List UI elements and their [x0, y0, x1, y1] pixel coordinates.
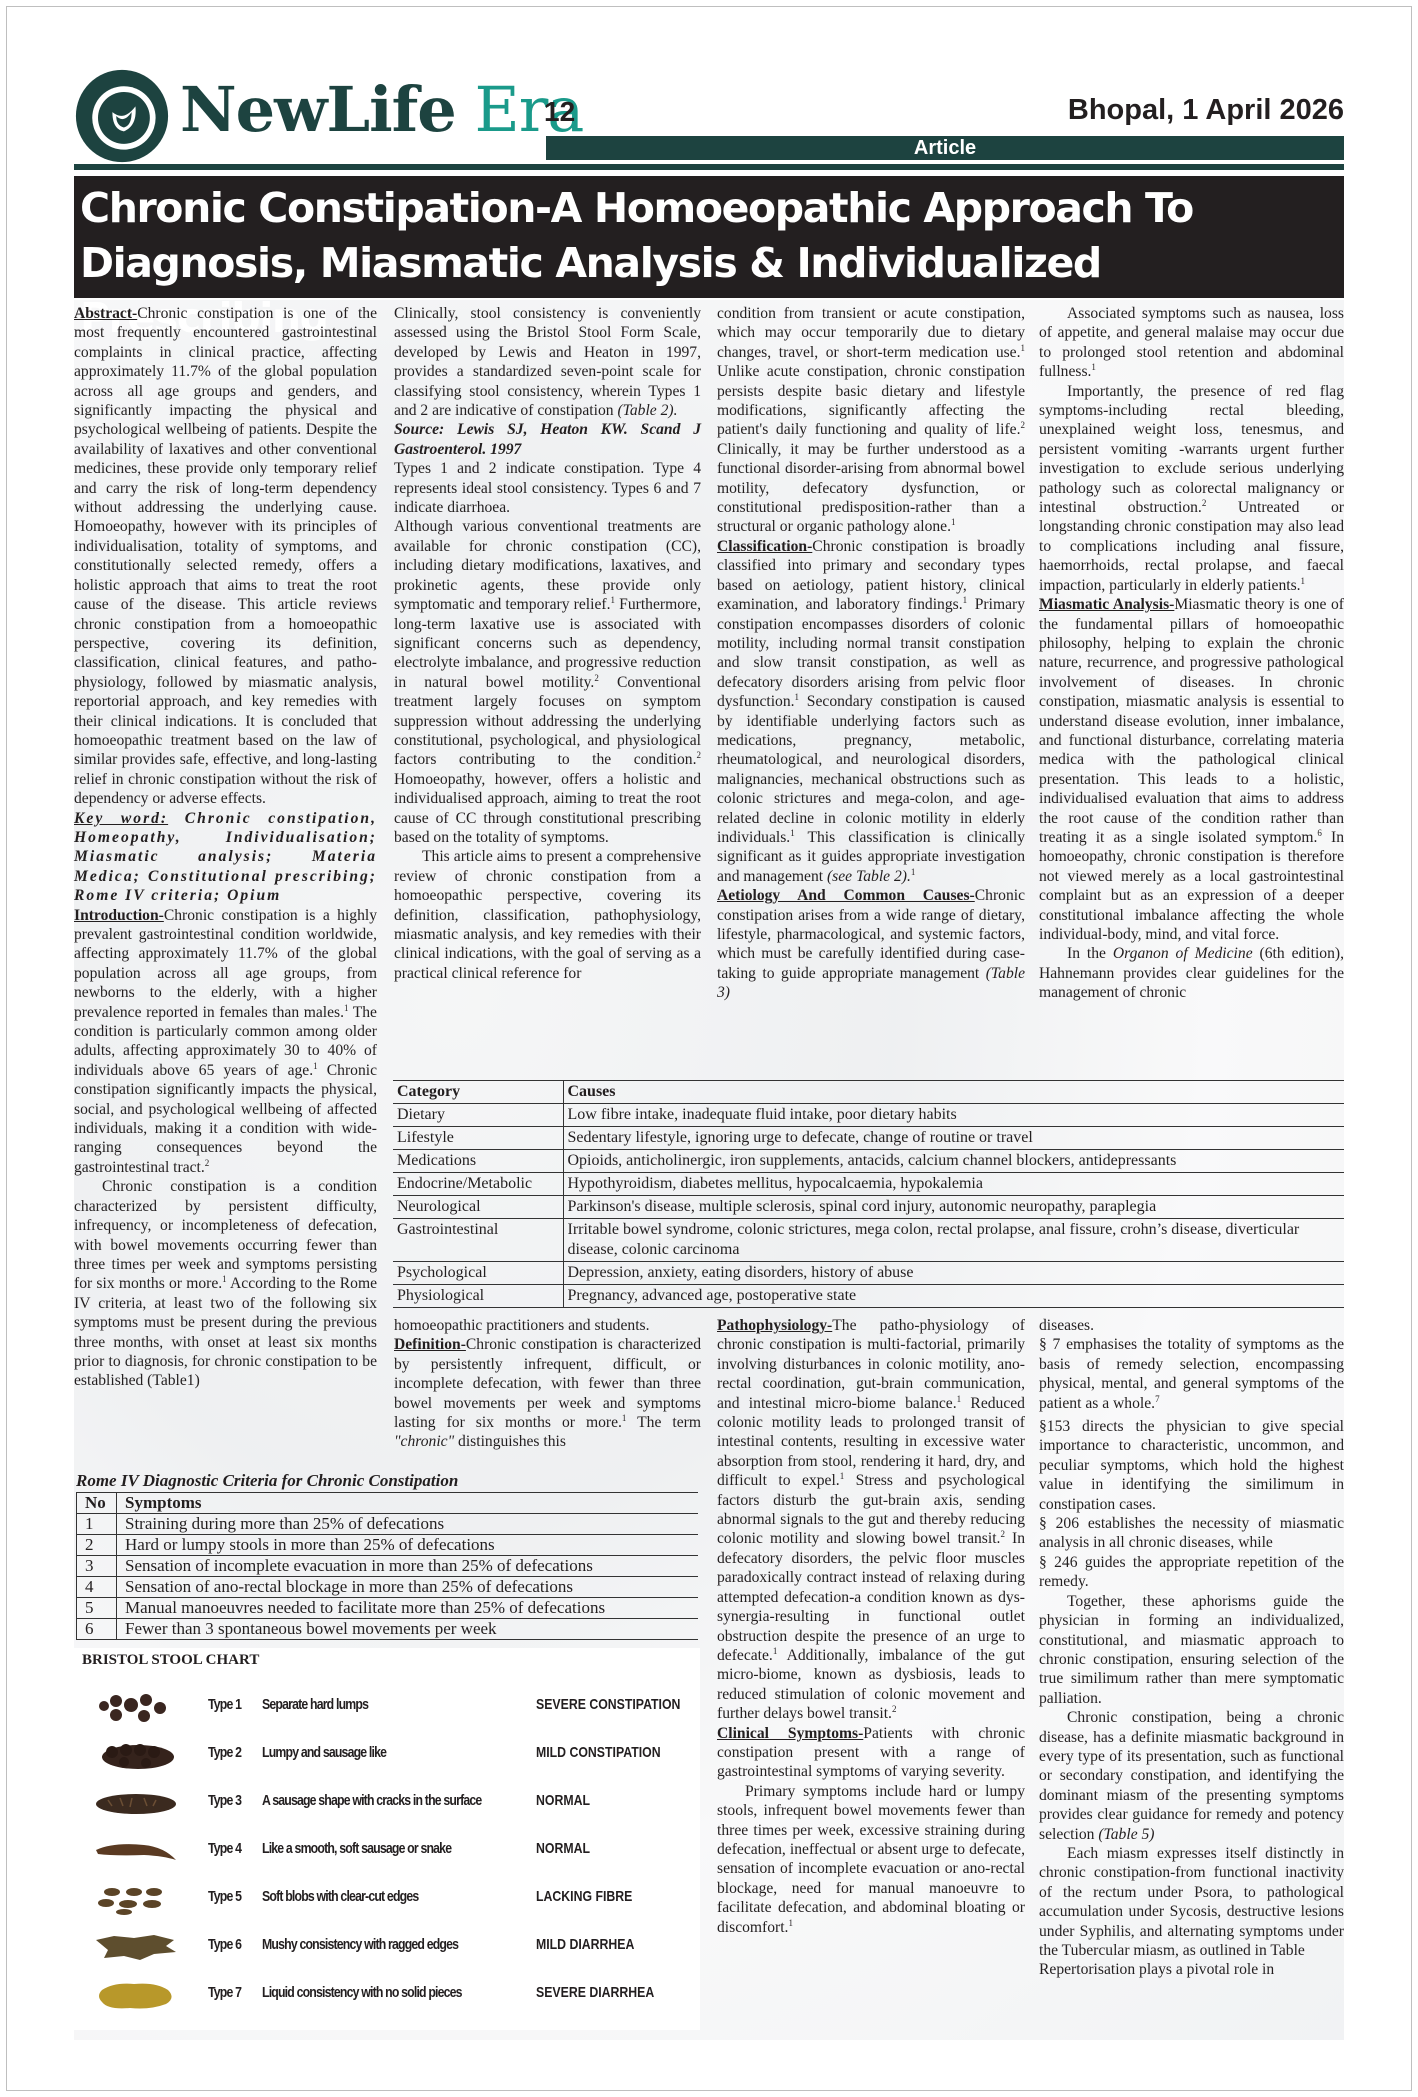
stool-classification: MILD CONSTIPATION: [536, 1744, 661, 1761]
cell-causes: Low fibre intake, inadequate fluid intak…: [563, 1104, 1344, 1127]
causes-table: Category Causes DietaryLow fibre intake,…: [393, 1080, 1344, 1308]
column-1: Abstract-Chronic constipation is one of …: [74, 304, 377, 1391]
pathophysiology: Pathophysiology-The patho-physiology of …: [717, 1316, 1025, 1724]
pathophysiology-heading: Pathophysiology-: [717, 1317, 832, 1334]
citation: 2: [1021, 420, 1026, 430]
bristol-paragraph: Clinically, stool consistency is conveni…: [394, 304, 701, 420]
definition-heading: Definition-: [394, 1336, 466, 1353]
table-row: 5Manual manoeuvres needed to facilitate …: [77, 1598, 699, 1619]
cell-category: Psychological: [393, 1262, 563, 1285]
text: In defecatory disorders, the pelvic floo…: [717, 1530, 1025, 1663]
column-3: condition from transient or acute consti…: [717, 304, 1025, 1003]
cell-symptom: Fewer than 3 spontaneous bowel movements…: [117, 1619, 699, 1640]
cell-no: 1: [77, 1514, 117, 1535]
cell-symptom: Sensation of incomplete evacuation in mo…: [117, 1556, 699, 1577]
keywords-label: Key word:: [74, 810, 168, 827]
page-number: 12: [544, 96, 575, 128]
stool-description: Soft blobs with clear-cut edges: [262, 1888, 418, 1905]
cell-symptom: Manual manoeuvres needed to facilitate m…: [117, 1598, 699, 1619]
table-row: 3Sensation of incomplete evacuation in m…: [77, 1556, 699, 1577]
text: The term: [626, 1414, 701, 1431]
masthead-brand: NewLife Era: [180, 70, 583, 150]
stool-classification: NORMAL: [536, 1840, 590, 1857]
text: Associated symptoms such as nausea, loss…: [1039, 305, 1344, 380]
emphasis-term: "chronic": [394, 1433, 454, 1450]
cell-category: Neurological: [393, 1196, 563, 1219]
cell-causes: Pregnancy, advanced age, postoperative s…: [563, 1285, 1344, 1308]
text: Clinically, it may be further understood…: [717, 441, 1025, 536]
source-citation: Source: Lewis SJ, Heaton KW. Scand J Gas…: [394, 420, 701, 459]
types-note: Types 1 and 2 indicate constipation. Typ…: [394, 459, 701, 517]
citation: 1: [1091, 362, 1096, 372]
cell-symptom: Straining during more than 25% of defeca…: [117, 1514, 699, 1535]
cell-category: Endocrine/Metabolic: [393, 1173, 563, 1196]
table-ref: (Table 5): [1098, 1826, 1154, 1843]
table-row: MedicationsOpioids, anticholinergic, iro…: [393, 1150, 1344, 1173]
aphorisms-summary: Together, these aphorisms guide the phys…: [1039, 1592, 1344, 1708]
introduction-p2: Chronic constipation is a condition char…: [74, 1177, 377, 1390]
miasmatic-analysis: Miasmatic Analysis-Miasmatic theory is o…: [1039, 595, 1344, 944]
table-row: PsychologicalDepression, anxiety, eating…: [393, 1262, 1344, 1285]
stool-type: Type 2: [208, 1744, 241, 1761]
bristol-row: Type 4 Like a smooth, soft sausage or sn…: [74, 1832, 700, 1872]
liquid-icon: [94, 1980, 178, 2012]
citation: 2: [697, 750, 702, 760]
column-3-lower: Pathophysiology-The patho-physiology of …: [717, 1316, 1025, 1937]
table-header-row: No Symptoms: [77, 1493, 699, 1514]
stool-description: A sausage shape with cracks in the surfa…: [262, 1792, 481, 1809]
red-flags: Importantly, the presence of red flag sy…: [1039, 382, 1344, 595]
miasmatic-analysis-heading: Miasmatic Analysis-: [1039, 596, 1174, 613]
citation: 1: [911, 867, 916, 877]
column-4: Associated symptoms such as nausea, loss…: [1039, 304, 1344, 1003]
text: According to the Rome IV criteria, at le…: [74, 1275, 377, 1389]
lumpy-sausage-icon: [94, 1740, 178, 1772]
newlife-logo-icon: [74, 68, 170, 164]
stool-type: Type 5: [208, 1888, 241, 1905]
miasm-expressions: Each miasm expresses itself distinctly i…: [1039, 1844, 1344, 1960]
text: condition from transient or acute consti…: [717, 305, 1025, 361]
dateline: Bhopal, 1 April 2026: [1068, 94, 1344, 127]
text: Secondary constipation is caused by iden…: [717, 693, 1025, 846]
table-row: 6Fewer than 3 spontaneous bowel movement…: [77, 1619, 699, 1640]
bristol-row: Type 7 Liquid consistency with no solid …: [74, 1976, 700, 2016]
masthead-rule: [74, 164, 1344, 170]
clinical-symptoms: Clinical Symptoms-Patients with chronic …: [717, 1724, 1025, 1782]
cell-symptom: Sensation of ano-rectal blockage in more…: [117, 1577, 699, 1598]
bristol-chart-title: BRISTOL STOOL CHART: [82, 1652, 259, 1669]
definition-continued: condition from transient or acute consti…: [717, 304, 1025, 537]
text: Unlike acute constipation, chronic const…: [717, 363, 1025, 438]
stool-type: Type 7: [208, 1984, 241, 2001]
miasmatic-background: Chronic constipation, being a chronic di…: [1039, 1708, 1344, 1844]
rome-table-caption: Rome IV Diagnostic Criteria for Chronic …: [76, 1471, 458, 1491]
text: In the: [1067, 945, 1113, 962]
stool-classification: NORMAL: [536, 1792, 590, 1809]
text: In homoeopathy, chronic constipation is …: [1039, 829, 1344, 943]
cell-no: 2: [77, 1535, 117, 1556]
table-row: DietaryLow fibre intake, inadequate flui…: [393, 1104, 1344, 1127]
cell-no: 3: [77, 1556, 117, 1577]
bristol-stool-chart: BRISTOL STOOL CHART Type 1 Separate hard…: [74, 1648, 700, 2030]
abstract-heading: Abstract-: [74, 305, 137, 322]
table-row: PhysiologicalPregnancy, advanced age, po…: [393, 1285, 1344, 1308]
stool-description: Lumpy and sausage like: [262, 1744, 386, 1761]
table-row: 2Hard or lumpy stools in more than 25% o…: [77, 1535, 699, 1556]
cell-causes: Hypothyroidism, diabetes mellitus, hypoc…: [563, 1173, 1344, 1196]
associated-symptoms: Associated symptoms such as nausea, loss…: [1039, 304, 1344, 382]
text: Importantly, the presence of red flag sy…: [1039, 383, 1344, 516]
header-causes: Causes: [563, 1081, 1344, 1104]
article-aim: This article aims to present a comprehen…: [394, 847, 701, 983]
aphorism-246: § 246 guides the appropriate repetition …: [1039, 1553, 1344, 1592]
classification: Classification-Chronic constipation is b…: [717, 537, 1025, 886]
mushy-icon: [94, 1932, 178, 1964]
cell-category: Lifestyle: [393, 1127, 563, 1150]
stool-classification: MILD DIARRHEA: [536, 1936, 634, 1953]
table-row: LifestyleSedentary lifestyle, ignoring u…: [393, 1127, 1344, 1150]
conventional-treatment: Although various conventional treatments…: [394, 517, 701, 847]
keywords: Key word: Chronic constipation, Homeopat…: [74, 809, 377, 906]
table-row: Endocrine/MetabolicHypothyroidism, diabe…: [393, 1173, 1344, 1196]
introduction-p1: Introduction-Chronic constipation is a h…: [74, 906, 377, 1178]
stool-description: Separate hard lumps: [262, 1696, 368, 1713]
citation: 1: [1021, 343, 1026, 353]
stool-description: Like a smooth, soft sausage or snake: [262, 1840, 451, 1857]
abstract-text: Chronic constipation is one of the most …: [74, 305, 377, 807]
brand-newlife: NewLife: [180, 73, 456, 146]
bristol-row: Type 6 Mushy consistency with ragged edg…: [74, 1928, 700, 1968]
bristol-row: Type 5 Soft blobs with clear-cut edges L…: [74, 1880, 700, 1920]
citation: 2: [205, 1158, 210, 1168]
bristol-row: Type 3 A sausage shape with cracks in th…: [74, 1784, 700, 1824]
text: Chronic constipation, being a chronic di…: [1039, 1709, 1344, 1842]
cell-causes: Opioids, anticholinergic, iron supplemen…: [563, 1150, 1344, 1173]
hard-lumps-icon: [94, 1692, 178, 1724]
header-symptoms: Symptoms: [117, 1493, 699, 1514]
text: Primary symptoms include hard or lumpy s…: [717, 1783, 1025, 1936]
cell-causes: Sedentary lifestyle, ignoring urge to de…: [563, 1127, 1344, 1150]
table-row: 4Sensation of ano-rectal blockage in mor…: [77, 1577, 699, 1598]
table-row: 1Straining during more than 25% of defec…: [77, 1514, 699, 1535]
aphorism-206: § 206 establishes the necessity of miasm…: [1039, 1514, 1344, 1553]
aphorism-7: § 7 emphasises the totality of symptoms …: [1039, 1335, 1344, 1413]
text: distinguishes this: [454, 1433, 566, 1450]
citation: 1: [1301, 576, 1306, 586]
text: Miasmatic theory is one of the fundament…: [1039, 596, 1344, 846]
stool-description: Liquid consistency with no solid pieces: [262, 1984, 462, 2001]
header-category: Category: [393, 1081, 563, 1104]
stool-type: Type 3: [208, 1792, 241, 1809]
text: § 7 emphasises the totality of symptoms …: [1039, 1336, 1344, 1411]
organon-intro: In the Organon of Medicine (6th edition)…: [1039, 944, 1344, 1002]
introduction-heading: Introduction-: [74, 907, 164, 924]
header-no: No: [77, 1493, 117, 1514]
citation: 1: [788, 1917, 793, 1927]
stool-classification: SEVERE CONSTIPATION: [536, 1696, 680, 1713]
cell-category: Dietary: [393, 1104, 563, 1127]
organon-continued: diseases.: [1039, 1316, 1344, 1335]
column-2-lower: homoeopathic practitioners and students.…: [394, 1316, 701, 1452]
aphorism-153: §153 directs the physician to give speci…: [1039, 1417, 1344, 1514]
article-aim-continued: homoeopathic practitioners and students.: [394, 1316, 701, 1335]
cell-category: Physiological: [393, 1285, 563, 1308]
rome-iv-table: No Symptoms 1Straining during more than …: [76, 1492, 698, 1640]
clinical-symptoms-heading: Clinical Symptoms-: [717, 1725, 863, 1742]
cell-category: Medications: [393, 1150, 563, 1173]
table-row: GastrointestinalIrritable bowel syndrome…: [393, 1219, 1344, 1262]
citation: 1: [951, 517, 956, 527]
table-header-row: Category Causes: [393, 1081, 1344, 1104]
aetiology-heading: Aetiology And Common Causes-: [717, 887, 975, 904]
cell-no: 6: [77, 1619, 117, 1640]
citation: 7: [1155, 1393, 1160, 1403]
smooth-sausage-icon: [94, 1836, 178, 1868]
section-label: Article: [546, 136, 1344, 160]
table-ref: (see Table 2).: [827, 868, 911, 885]
cell-no: 4: [77, 1577, 117, 1598]
repertorisation: Repertorisation plays a pivotal role in: [1039, 1960, 1344, 1979]
column-4-lower: diseases. § 7 emphasises the totality of…: [1039, 1316, 1344, 1980]
stool-type: Type 6: [208, 1936, 241, 1953]
stool-description: Mushy consistency with ragged edges: [262, 1936, 458, 1953]
citation: 2: [892, 1704, 897, 1714]
soft-blobs-icon: [94, 1884, 178, 1916]
classification-heading: Classification-: [717, 538, 812, 555]
article-title: Chronic Constipation-A Homoeopathic Appr…: [74, 176, 1344, 298]
definition: Definition-Chronic constipation is chara…: [394, 1335, 701, 1451]
aetiology: Aetiology And Common Causes-Chronic cons…: [717, 886, 1025, 1002]
table-ref: (Table 2).: [617, 402, 677, 419]
cell-symptom: Hard or lumpy stools in more than 25% of…: [117, 1535, 699, 1556]
cell-causes: Irritable bowel syndrome, colonic strict…: [563, 1219, 1344, 1262]
cell-causes: Parkinson's disease, multiple sclerosis,…: [563, 1196, 1344, 1219]
cell-causes: Depression, anxiety, eating disorders, h…: [563, 1262, 1344, 1285]
stool-classification: LACKING FIBRE: [536, 1888, 632, 1905]
table-row: NeurologicalParkinson's disease, multipl…: [393, 1196, 1344, 1219]
cell-category: Gastrointestinal: [393, 1219, 563, 1262]
text: Homoeopathy, however, offers a holistic …: [394, 771, 701, 846]
bristol-row: Type 2 Lumpy and sausage like MILD CONST…: [74, 1736, 700, 1776]
cell-no: 5: [77, 1598, 117, 1619]
column-2: Clinically, stool consistency is conveni…: [394, 304, 701, 983]
book-title: Organon of Medicine: [1113, 945, 1253, 962]
stool-type: Type 1: [208, 1696, 241, 1713]
cracked-sausage-icon: [94, 1788, 178, 1820]
stool-classification: SEVERE DIARRHEA: [536, 1984, 654, 2001]
primary-symptoms: Primary symptoms include hard or lumpy s…: [717, 1782, 1025, 1937]
stool-type: Type 4: [208, 1840, 241, 1857]
abstract: Abstract-Chronic constipation is one of …: [74, 304, 377, 809]
bristol-row: Type 1 Separate hard lumps SEVERE CONSTI…: [74, 1688, 700, 1728]
